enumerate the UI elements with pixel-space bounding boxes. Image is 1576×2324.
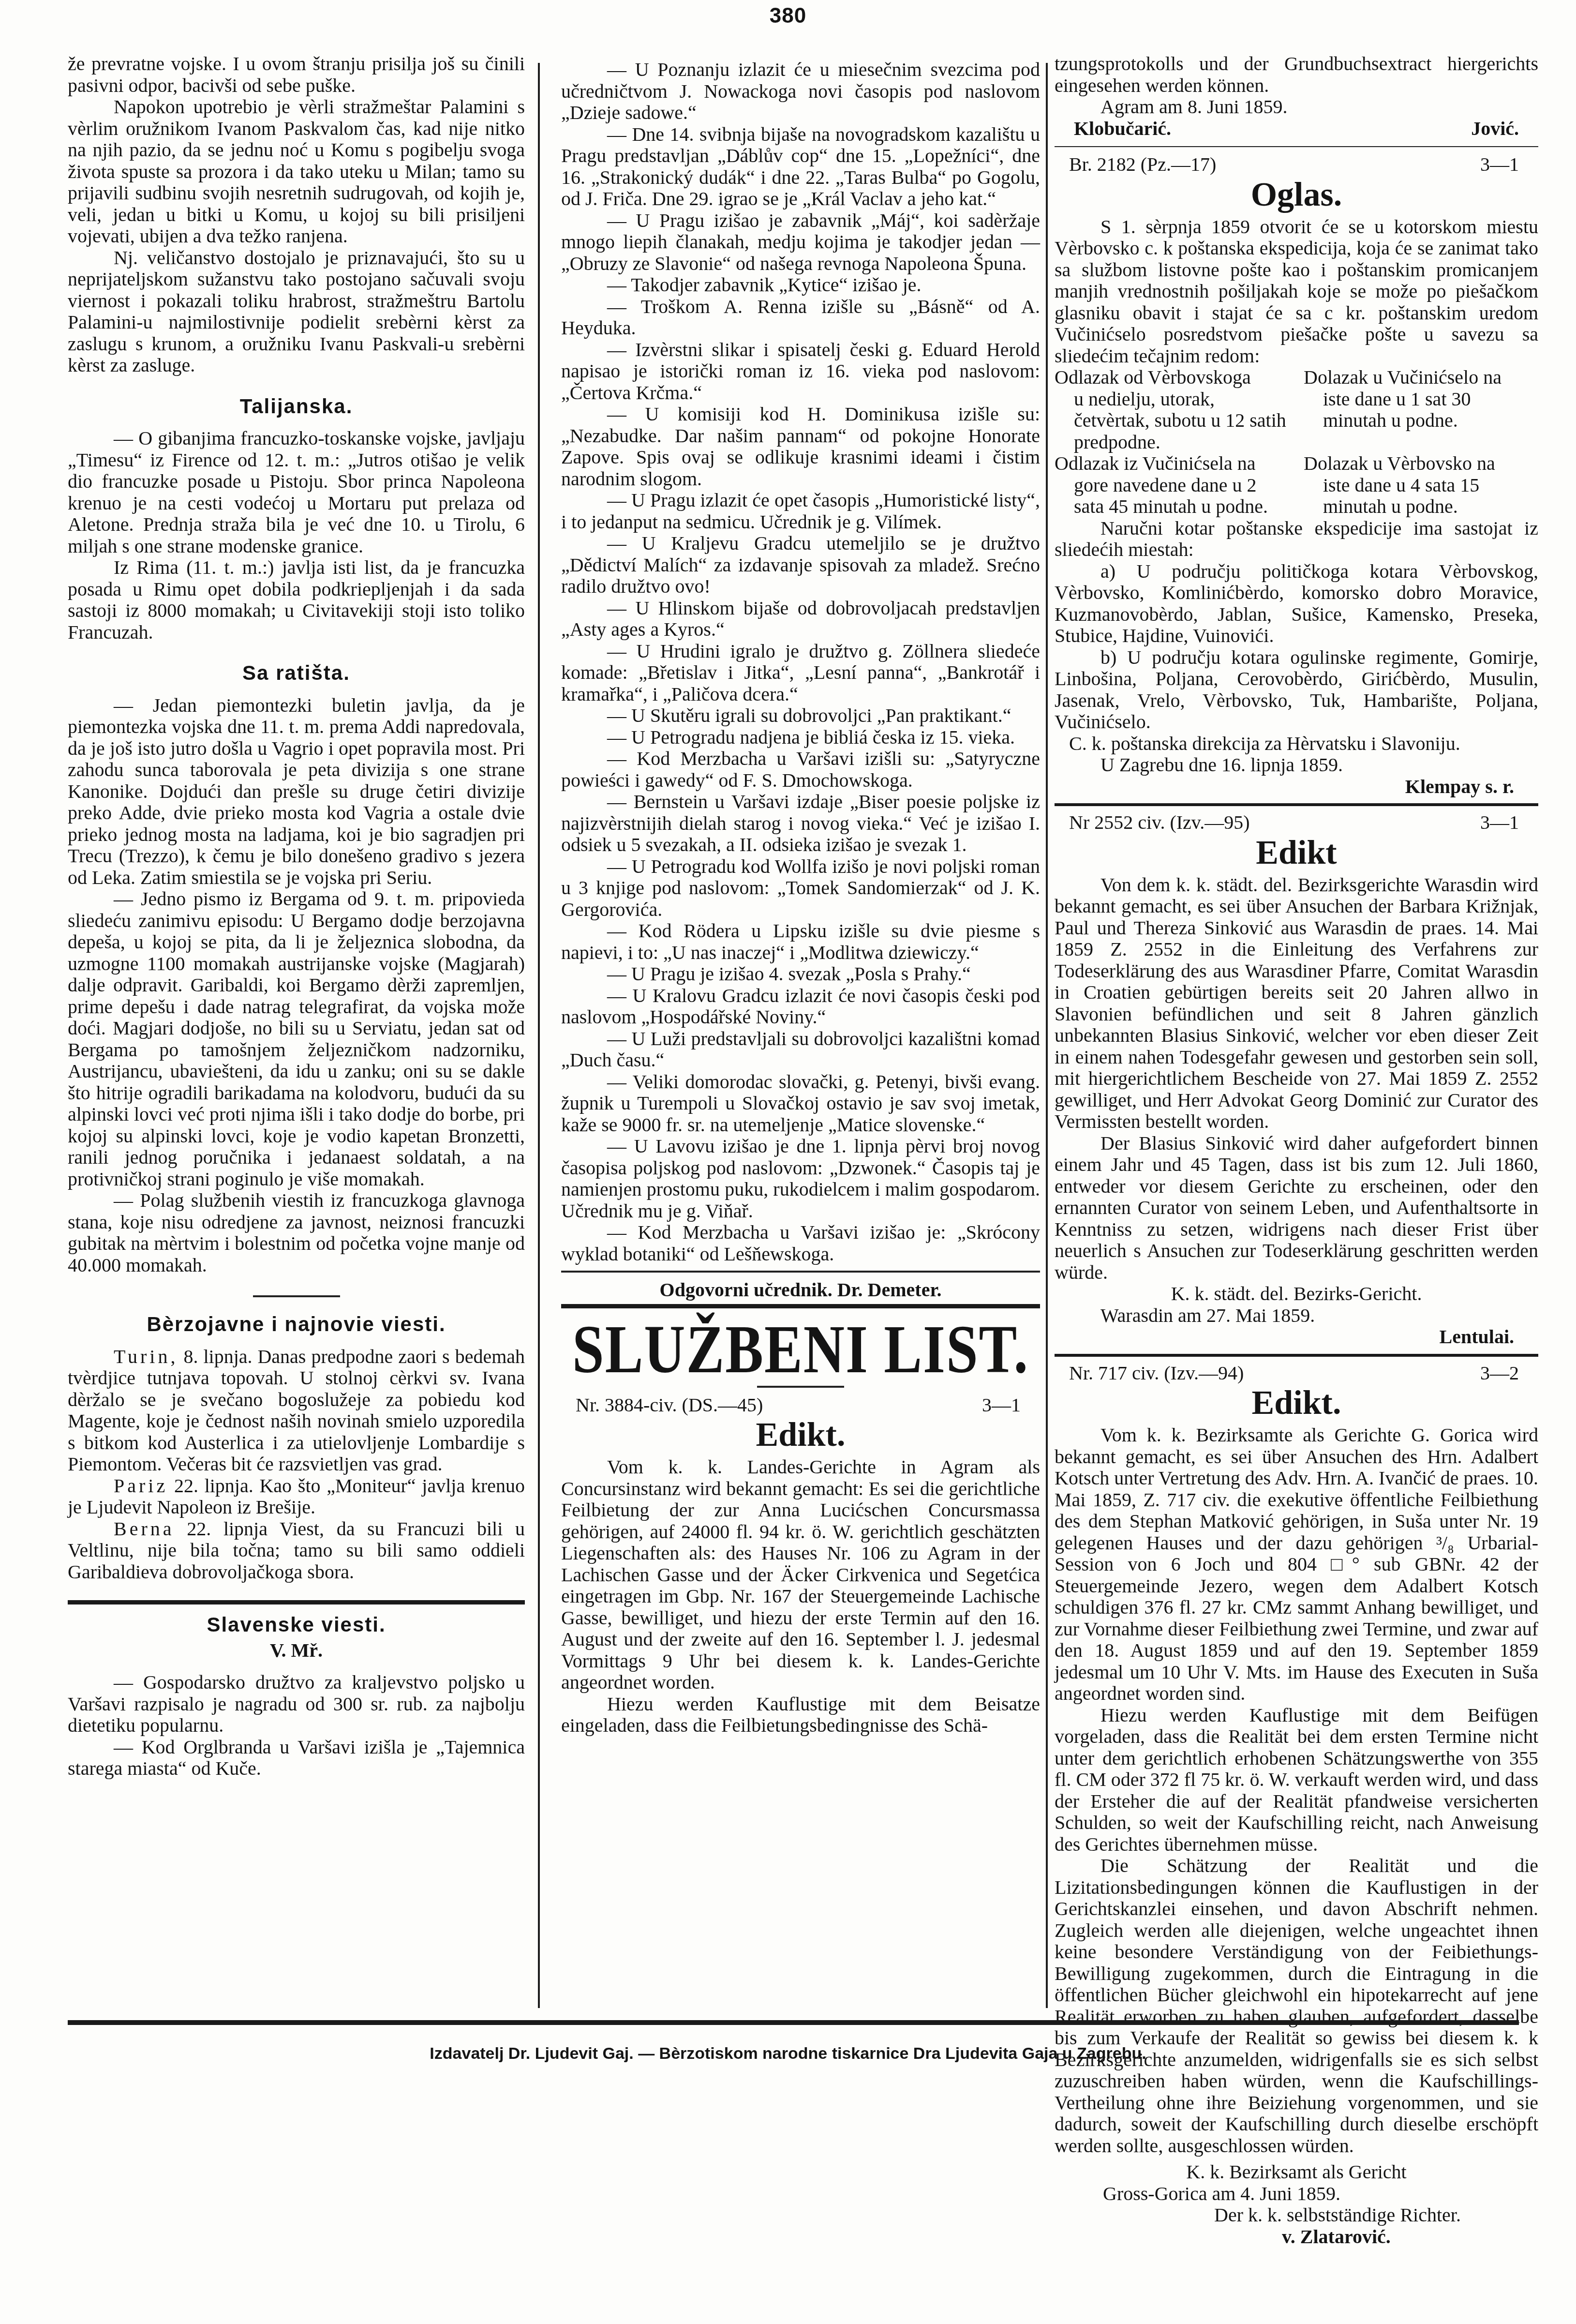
section-title-ratista: Sa ratišta. bbox=[68, 662, 525, 684]
section-divider bbox=[1055, 1354, 1538, 1357]
news-item: — U Hlinskom bijaše od dobrovoljacah pre… bbox=[561, 598, 1040, 641]
signature: Klempay s. r. bbox=[1055, 776, 1538, 798]
article-paragraph: Nj. veličanstvo dostojalo je priznavajuć… bbox=[68, 247, 525, 376]
news-item: — U Hrudini igralo je družtvo g. Zöllner… bbox=[561, 641, 1040, 705]
news-item: — Troškom A. Renna izišle su „Básně“ od … bbox=[561, 296, 1040, 339]
notice-paragraph: Hiezu werden Kauflustige mit dem Beifüge… bbox=[1055, 1705, 1538, 1856]
notice-reference: Nr. 3884-civ. (DS.—45) 3—1 bbox=[561, 1394, 1040, 1416]
notice-reference: Br. 2182 (Pz.—17) 3—1 bbox=[1055, 154, 1538, 176]
notice-paragraph: Von dem k. k. städt. del. Bezirksgericht… bbox=[1055, 874, 1538, 1133]
section-divider bbox=[561, 1304, 1040, 1308]
article-paragraph: — Kod Orglbranda u Varšavi izišla je „Ta… bbox=[68, 1737, 525, 1780]
column-middle: — U Poznanju izlazit će u miesečnim svez… bbox=[561, 53, 1040, 1737]
notice-authority: K. k. Bezirksamt als Gericht bbox=[1055, 2161, 1538, 2183]
news-item: — U Kraljevu Gradcu utemeljilo se je dru… bbox=[561, 533, 1040, 598]
column-right: tzungsprotokolls und der Grundbuchsextra… bbox=[1055, 53, 1538, 2248]
news-item: — U Petrogradu nadjena je bibliá česka i… bbox=[561, 727, 1040, 749]
article-paragraph: — Gospodarsko družtvo za kraljevstvo pol… bbox=[68, 1672, 525, 1737]
news-item: — U Poznanju izlazit će u miesečnim svez… bbox=[561, 59, 1040, 124]
telegram-place: Turin, bbox=[114, 1346, 178, 1367]
schedule-cell: Dolazak u Vèrbovsko naiste dane u 4 sata… bbox=[1304, 453, 1538, 518]
reference-number: Nr 2552 civ. (Izv.—95) bbox=[1069, 812, 1250, 834]
reference-number: Br. 2182 (Pz.—17) bbox=[1069, 154, 1216, 176]
article-paragraph: Napokon upotrebio je vèrli stražmeštar P… bbox=[68, 96, 525, 247]
notice-title: Oglas. bbox=[1055, 177, 1538, 213]
notice-paragraph: Vom k. k. Bezirksamte als Gerichte G. Go… bbox=[1055, 1424, 1538, 1705]
article-paragraph: — O gibanjima francuzko-toskanske vojske… bbox=[68, 428, 525, 557]
notice-authority: K. k. städt. del. Bezirks-Gericht. bbox=[1055, 1283, 1538, 1305]
telegram-place: Pariz bbox=[114, 1475, 168, 1497]
news-item: — Veliki domorodac slovački, g. Petenyi,… bbox=[561, 1071, 1040, 1136]
notice-paragraph: Die Schätzung der Realität und die Lizit… bbox=[1055, 1855, 1538, 2157]
notice-signatures: Klobučarić. Jović. bbox=[1055, 118, 1538, 140]
news-item: — Bernstein u Varšavi izdaje „Biser poes… bbox=[561, 791, 1040, 856]
signer-title: Der k. k. selbstständige Richter. bbox=[1055, 2204, 1538, 2226]
news-item: — Izvèrstni slikar i spisatelj česki g. … bbox=[561, 339, 1040, 404]
news-item: — U Luži predstavljali su dobrovoljci ka… bbox=[561, 1028, 1040, 1071]
signature: Jović. bbox=[1471, 118, 1519, 140]
mail-schedule: Odlazak od Vèrbovskogau nedielju, utorak… bbox=[1055, 367, 1538, 518]
insertion-count: 3—1 bbox=[1480, 812, 1519, 834]
news-item: — U Lavovu izišao je dne 1. lipnja pèrvi… bbox=[561, 1136, 1040, 1222]
news-item: — U Pragu izišao je zabavnik „Máj“, koi … bbox=[561, 210, 1040, 275]
notice-reference: Nr 2552 civ. (Izv.—95) 3—1 bbox=[1055, 812, 1538, 834]
article-paragraph: Iz Rima (11. t. m.:) javlja isti list, d… bbox=[68, 557, 525, 643]
news-item: — Kod Rödera u Lipsku izišle su dvie pie… bbox=[561, 920, 1040, 963]
notice-paragraph: a) U području političkoga kotara Vèrbovs… bbox=[1055, 561, 1538, 647]
notice-authority: C. k. poštanska direkcija za Hèrvatsku i… bbox=[1055, 733, 1538, 755]
schedule-cell: Dolazak u Vučinićselo naiste dane u 1 sa… bbox=[1304, 367, 1538, 453]
column-divider bbox=[538, 63, 540, 2008]
section-divider bbox=[1055, 146, 1538, 147]
official-gazette-masthead: SLUŽBENI LIST. bbox=[561, 1312, 1040, 1387]
section-divider bbox=[253, 1295, 340, 1297]
news-item: — U komisiji kod H. Dominikusa izišle su… bbox=[561, 404, 1040, 490]
notice-date: Agram am 8. Juni 1859. bbox=[1055, 96, 1538, 118]
telegram-place: Berna bbox=[114, 1518, 175, 1540]
notice-date: Warasdin am 27. Mai 1859. bbox=[1055, 1305, 1538, 1327]
article-paragraph: — Polag službenih viestih iz francuzkoga… bbox=[68, 1190, 525, 1276]
news-item: — U Petrogradu kod Wollfa izišo je novi … bbox=[561, 856, 1040, 921]
notice-reference: Nr. 717 civ. (Izv.—94) 3—2 bbox=[1055, 1363, 1538, 1384]
article-paragraph: že prevratne vojske. I u ovom štranju pr… bbox=[68, 53, 525, 96]
section-title-berzojavne: Bèrzojavne i najnovie viesti. bbox=[68, 1314, 525, 1335]
responsible-editor: Odgovorni učrednik. Dr. Demeter. bbox=[561, 1279, 1040, 1301]
article-paragraph: — Jedan piemontezki buletin javlja, da j… bbox=[68, 695, 525, 889]
signature: v. Zlatarović. bbox=[1055, 2226, 1538, 2248]
column-left: že prevratne vojske. I u ovom štranju pr… bbox=[68, 53, 525, 1780]
notice-title: Edikt. bbox=[1055, 1385, 1538, 1422]
news-item: — U Skutěru igrali su dobrovoljci „Pan p… bbox=[561, 705, 1040, 727]
section-title-talijanska: Talijanska. bbox=[68, 396, 525, 418]
signature: Klobučarić. bbox=[1074, 118, 1171, 140]
telegram-item: Berna 22. lipnja Viest, da su Francuzi b… bbox=[68, 1518, 525, 1583]
section-divider bbox=[1055, 803, 1538, 806]
schedule-cell: Odlazak iz Vučinićsela nagore navedene d… bbox=[1055, 453, 1289, 518]
signature: Lentulai. bbox=[1055, 1326, 1538, 1348]
news-item: — U Pragu je izišao 4. svezak „Posla s P… bbox=[561, 963, 1040, 985]
notice-title: Edikt. bbox=[561, 1417, 1040, 1454]
news-item: — Dne 14. svibnja bijaše na novogradskom… bbox=[561, 124, 1040, 210]
notice-title: Edikt bbox=[1055, 835, 1538, 871]
news-item: — U Kralovu Gradcu izlazit će novi časop… bbox=[561, 985, 1040, 1028]
news-item: — U Pragu izlazit će opet časopis „Humor… bbox=[561, 490, 1040, 533]
notice-paragraph: Hiezu werden Kauflustige mit dem Beisatz… bbox=[561, 1694, 1040, 1737]
notice-paragraph: Der Blasius Sinković wird daher aufgefor… bbox=[1055, 1133, 1538, 1284]
section-divider bbox=[561, 1271, 1040, 1273]
section-title-slavenske: Slavenske viesti. bbox=[68, 1614, 525, 1636]
imprint: Izdavatelj Dr. Ljudevit Gaj. — Bèrzotisk… bbox=[0, 2044, 1576, 2063]
telegram-item: Pariz 22. lipnja. Kao što „Moniteur“ jav… bbox=[68, 1475, 525, 1518]
page-number: 380 bbox=[0, 4, 1576, 28]
news-item: — Kod Merzbacha u Varšavi izišli su: „Sa… bbox=[561, 748, 1040, 791]
news-item: — Takodjer zabavnik „Kytice“ izišao je. bbox=[561, 274, 1040, 296]
column-divider bbox=[1046, 63, 1048, 2008]
insertion-count: 3—1 bbox=[982, 1394, 1021, 1416]
notice-paragraph: S 1. sèrpnja 1859 otvorit će se u kotors… bbox=[1055, 216, 1538, 367]
article-paragraph: — Jedno pismo iz Bergama od 9. t. m. pri… bbox=[68, 888, 525, 1190]
reference-number: Nr. 3884-civ. (DS.—45) bbox=[576, 1394, 763, 1416]
schedule-cell: Odlazak od Vèrbovskogau nedielju, utorak… bbox=[1055, 367, 1289, 453]
notice-date: Gross-Gorica am 4. Juni 1859. bbox=[1055, 2183, 1538, 2205]
insertion-count: 3—1 bbox=[1480, 154, 1519, 176]
section-divider bbox=[68, 1600, 525, 1604]
footer-divider bbox=[68, 2020, 1519, 2025]
reference-number: Nr. 717 civ. (Izv.—94) bbox=[1069, 1363, 1244, 1384]
news-item: — Kod Merzbacha u Varšavi izišao je: „Sk… bbox=[561, 1222, 1040, 1265]
notice-paragraph: b) U području kotara ogulinske regimente… bbox=[1055, 647, 1538, 733]
insertion-count: 3—2 bbox=[1480, 1363, 1519, 1384]
telegram-item: Turin, 8. lipnja. Danas predpodne zaori … bbox=[68, 1346, 525, 1475]
section-subtitle: V. Mř. bbox=[68, 1640, 525, 1662]
notice-date: U Zagrebu dne 16. lipnja 1859. bbox=[1055, 754, 1538, 776]
notice-paragraph: Naručni kotar poštanske ekspedicije ima … bbox=[1055, 518, 1538, 561]
notice-paragraph: Vom k. k. Landes-Gerichte in Agram als C… bbox=[561, 1456, 1040, 1694]
notice-paragraph: tzungsprotokolls und der Grundbuchsextra… bbox=[1055, 53, 1538, 96]
